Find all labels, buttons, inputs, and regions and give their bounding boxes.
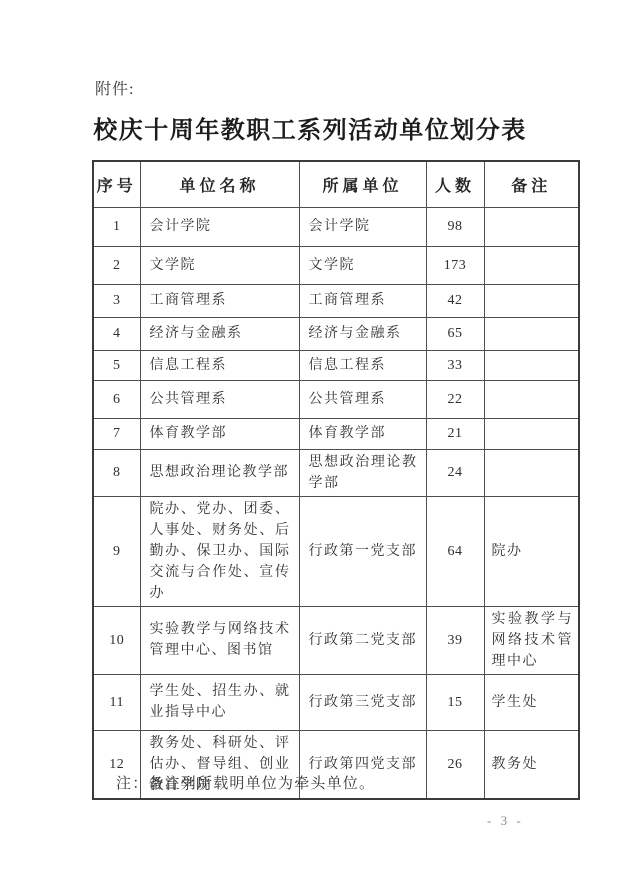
table-row: 6 公共管理系 公共管理系 22	[93, 380, 579, 418]
cell-count: 42	[426, 284, 484, 317]
cell-count: 98	[426, 207, 484, 246]
cell-seq: 8	[93, 449, 140, 496]
cell-count: 39	[426, 606, 484, 674]
cell-count: 173	[426, 246, 484, 284]
table-header-row: 序号 单位名称 所属单位 人数 备注	[93, 161, 579, 207]
cell-unit-name: 公共管理系	[140, 380, 299, 418]
cell-seq: 9	[93, 496, 140, 606]
table-row: 1 会计学院 会计学院 98	[93, 207, 579, 246]
header-seq: 序号	[93, 161, 140, 207]
cell-count: 33	[426, 350, 484, 380]
cell-remark	[484, 317, 579, 350]
header-remark: 备注	[484, 161, 579, 207]
cell-count: 64	[426, 496, 484, 606]
cell-parent-unit: 会计学院	[299, 207, 426, 246]
cell-parent-unit: 文学院	[299, 246, 426, 284]
cell-parent-unit: 思想政治理论教学部	[299, 449, 426, 496]
cell-unit-name: 信息工程系	[140, 350, 299, 380]
cell-unit-name: 工商管理系	[140, 284, 299, 317]
cell-parent-unit: 信息工程系	[299, 350, 426, 380]
cell-remark	[484, 380, 579, 418]
cell-remark: 院办	[484, 496, 579, 606]
cell-unit-name: 文学院	[140, 246, 299, 284]
unit-division-table: 序号 单位名称 所属单位 人数 备注 1 会计学院 会计学院 98 2 文学院 …	[92, 160, 580, 800]
cell-unit-name: 经济与金融系	[140, 317, 299, 350]
table-row: 3 工商管理系 工商管理系 42	[93, 284, 579, 317]
table-row: 11 学生处、招生办、就业指导中心 行政第三党支部 15 学生处	[93, 674, 579, 730]
attachment-label: 附件:	[95, 76, 134, 99]
cell-seq: 4	[93, 317, 140, 350]
cell-remark	[484, 207, 579, 246]
cell-unit-name: 学生处、招生办、就业指导中心	[140, 674, 299, 730]
cell-count: 15	[426, 674, 484, 730]
header-parent-unit: 所属单位	[299, 161, 426, 207]
cell-seq: 10	[93, 606, 140, 674]
page-title: 校庆十周年教职工系列活动单位划分表	[0, 110, 620, 145]
cell-parent-unit: 公共管理系	[299, 380, 426, 418]
table-row: 7 体育教学部 体育教学部 21	[93, 418, 579, 449]
cell-count: 21	[426, 418, 484, 449]
cell-remark	[484, 284, 579, 317]
cell-unit-name: 体育教学部	[140, 418, 299, 449]
cell-unit-name: 思想政治理论教学部	[140, 449, 299, 496]
cell-count: 26	[426, 730, 484, 799]
cell-parent-unit: 体育教学部	[299, 418, 426, 449]
cell-count: 22	[426, 380, 484, 418]
table-row: 9 院办、党办、团委、人事处、财务处、后勤办、保卫办、国际交流与合作处、宣传办 …	[93, 496, 579, 606]
cell-remark	[484, 350, 579, 380]
table-row: 4 经济与金融系 经济与金融系 65	[93, 317, 579, 350]
cell-parent-unit: 行政第三党支部	[299, 674, 426, 730]
cell-count: 65	[426, 317, 484, 350]
cell-seq: 1	[93, 207, 140, 246]
cell-seq: 6	[93, 380, 140, 418]
header-unit-name: 单位名称	[140, 161, 299, 207]
cell-seq: 3	[93, 284, 140, 317]
cell-remark: 学生处	[484, 674, 579, 730]
cell-parent-unit: 经济与金融系	[299, 317, 426, 350]
cell-remark	[484, 418, 579, 449]
header-count: 人数	[426, 161, 484, 207]
footnote: 注：备注列所载明单位为牵头单位。	[116, 772, 375, 793]
cell-seq: 11	[93, 674, 140, 730]
cell-seq: 5	[93, 350, 140, 380]
cell-parent-unit: 行政第二党支部	[299, 606, 426, 674]
table-row: 8 思想政治理论教学部 思想政治理论教学部 24	[93, 449, 579, 496]
cell-unit-name: 院办、党办、团委、人事处、财务处、后勤办、保卫办、国际交流与合作处、宣传办	[140, 496, 299, 606]
cell-parent-unit: 工商管理系	[299, 284, 426, 317]
cell-seq: 7	[93, 418, 140, 449]
cell-unit-name: 会计学院	[140, 207, 299, 246]
cell-remark	[484, 246, 579, 284]
page-number: - 3 -	[487, 813, 524, 829]
table-row: 10 实验教学与网络技术管理中心、图书馆 行政第二党支部 39 实验教学与网络技…	[93, 606, 579, 674]
cell-seq: 2	[93, 246, 140, 284]
table-row: 2 文学院 文学院 173	[93, 246, 579, 284]
cell-unit-name: 实验教学与网络技术管理中心、图书馆	[140, 606, 299, 674]
cell-remark: 教务处	[484, 730, 579, 799]
cell-remark	[484, 449, 579, 496]
table-row: 5 信息工程系 信息工程系 33	[93, 350, 579, 380]
document-page: 附件: 校庆十周年教职工系列活动单位划分表 序号 单位名称 所属单位 人数 备注…	[0, 0, 620, 880]
cell-parent-unit: 行政第一党支部	[299, 496, 426, 606]
cell-count: 24	[426, 449, 484, 496]
cell-remark: 实验教学与网络技术管理中心	[484, 606, 579, 674]
